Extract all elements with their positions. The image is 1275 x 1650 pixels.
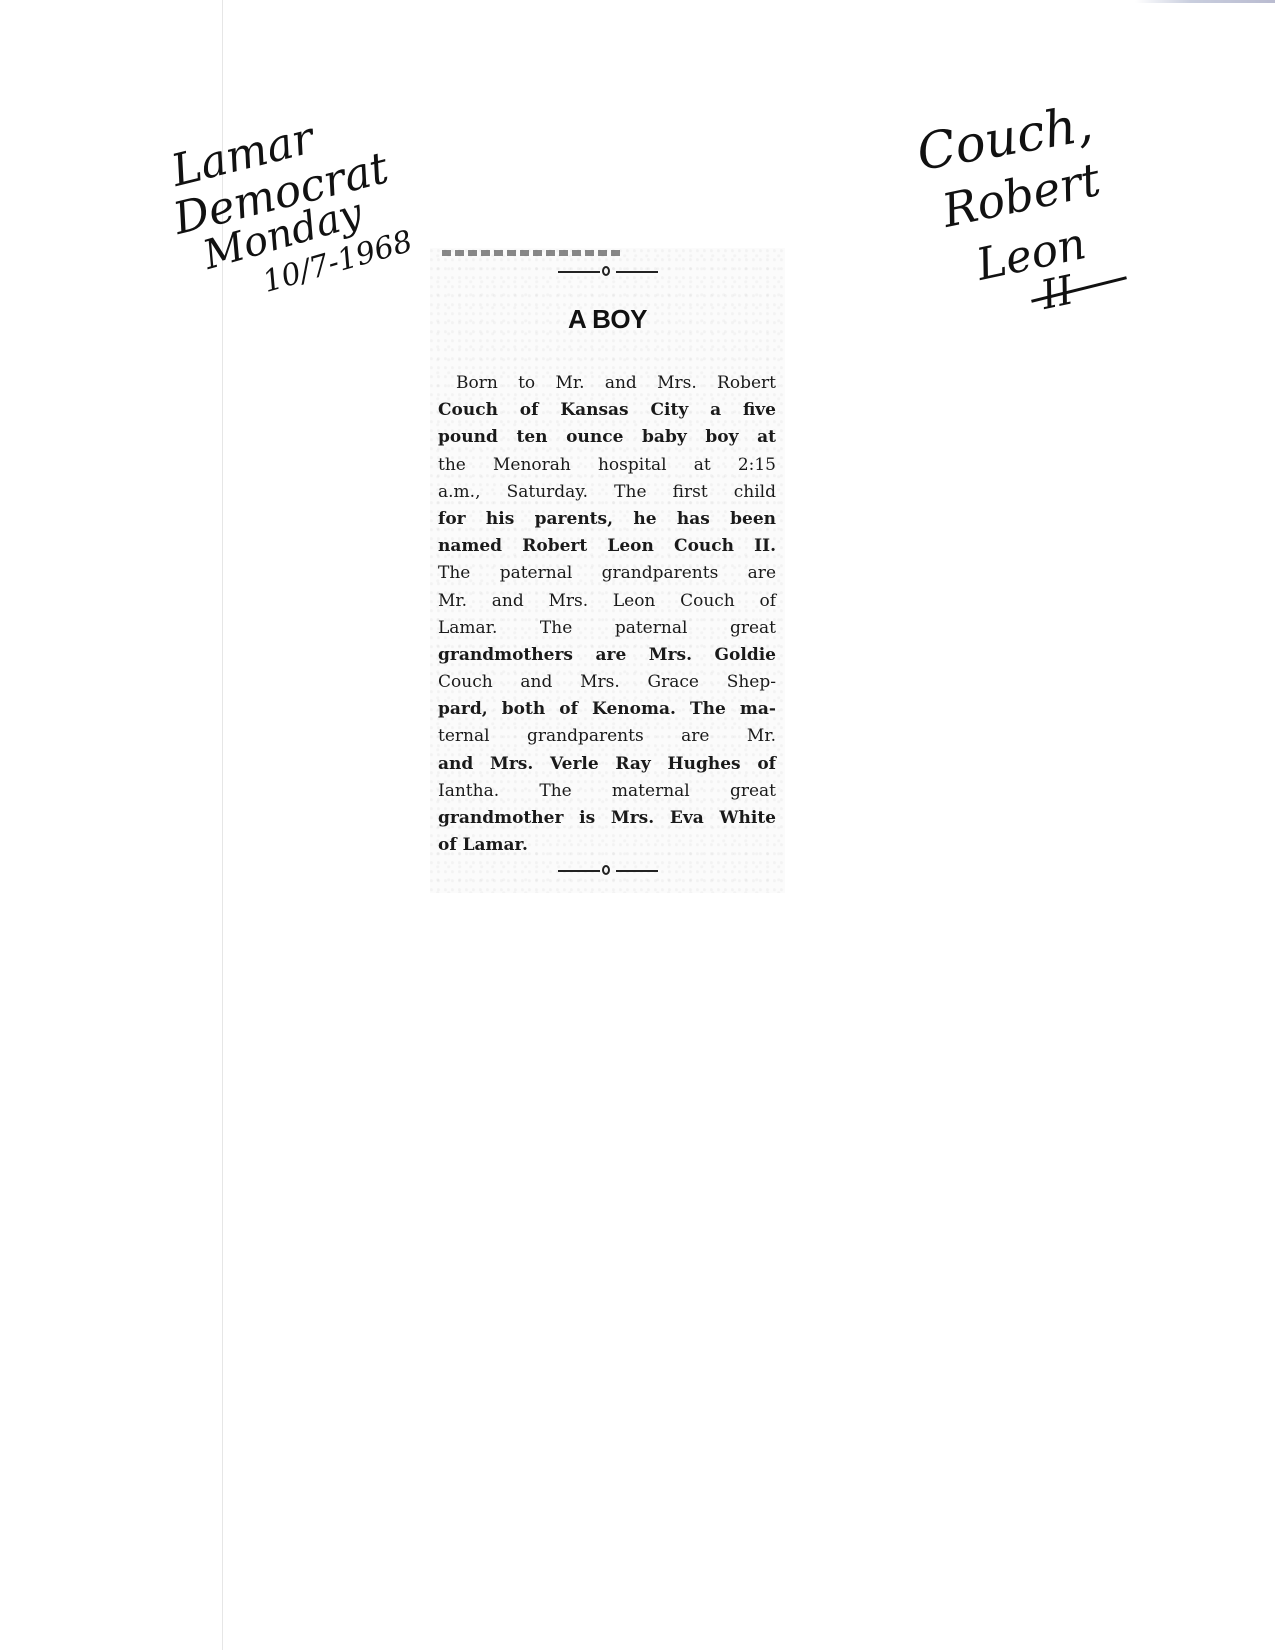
divider-rule-right <box>616 271 658 273</box>
article-line: pound ten ounce baby boy at <box>438 424 776 451</box>
article-line: grandmother is Mrs. Eva White <box>438 805 776 832</box>
divider-circle-icon <box>602 865 610 875</box>
article-line: for his parents, he has been <box>438 506 776 533</box>
article-line: pard, both of Kenoma. The ma- <box>438 696 776 723</box>
handwritten-suffix: II <box>1038 270 1077 316</box>
article-line: The paternal grandparents are <box>438 560 776 587</box>
clipped-previous-article-text <box>442 250 622 256</box>
article-line: ternal grandparents are Mr. <box>438 723 776 750</box>
article-headline: A BOY <box>430 304 785 335</box>
article-line: grandmothers are Mrs. Goldie <box>438 642 776 669</box>
article-line: Lamar. The paternal great <box>438 615 776 642</box>
article-line: Mr. and Mrs. Leon Couch of <box>438 588 776 615</box>
bottom-divider-ornament <box>558 865 658 877</box>
article-line: Couch of Kansas City a five <box>438 397 776 424</box>
divider-circle-icon <box>602 266 610 276</box>
article-line: a.m., Saturday. The first child <box>438 479 776 506</box>
scanned-page: Lamar Democrat Monday 10/7-1968 Couch, R… <box>0 0 1275 1650</box>
article-line: Iantha. The maternal great <box>438 778 776 805</box>
divider-rule-right <box>616 870 658 872</box>
top-divider-ornament <box>558 266 658 278</box>
article-line: and Mrs. Verle Ray Hughes of <box>438 751 776 778</box>
divider-rule-left <box>558 870 600 872</box>
article-line: Couch and Mrs. Grace Shep- <box>438 669 776 696</box>
handwritten-middle-name: Leon <box>973 222 1090 288</box>
scan-edge-artifact <box>1135 0 1275 3</box>
article-body: Born to Mr. and Mrs. RobertCouch of Kans… <box>438 370 776 859</box>
article-line: of Lamar. <box>438 832 776 859</box>
article-line: Born to Mr. and Mrs. Robert <box>438 370 776 397</box>
article-line: the Menorah hospital at 2:15 <box>438 452 776 479</box>
divider-rule-left <box>558 271 600 273</box>
article-line: named Robert Leon Couch II. <box>438 533 776 560</box>
newspaper-clipping: A BOY Born to Mr. and Mrs. RobertCouch o… <box>430 248 785 893</box>
